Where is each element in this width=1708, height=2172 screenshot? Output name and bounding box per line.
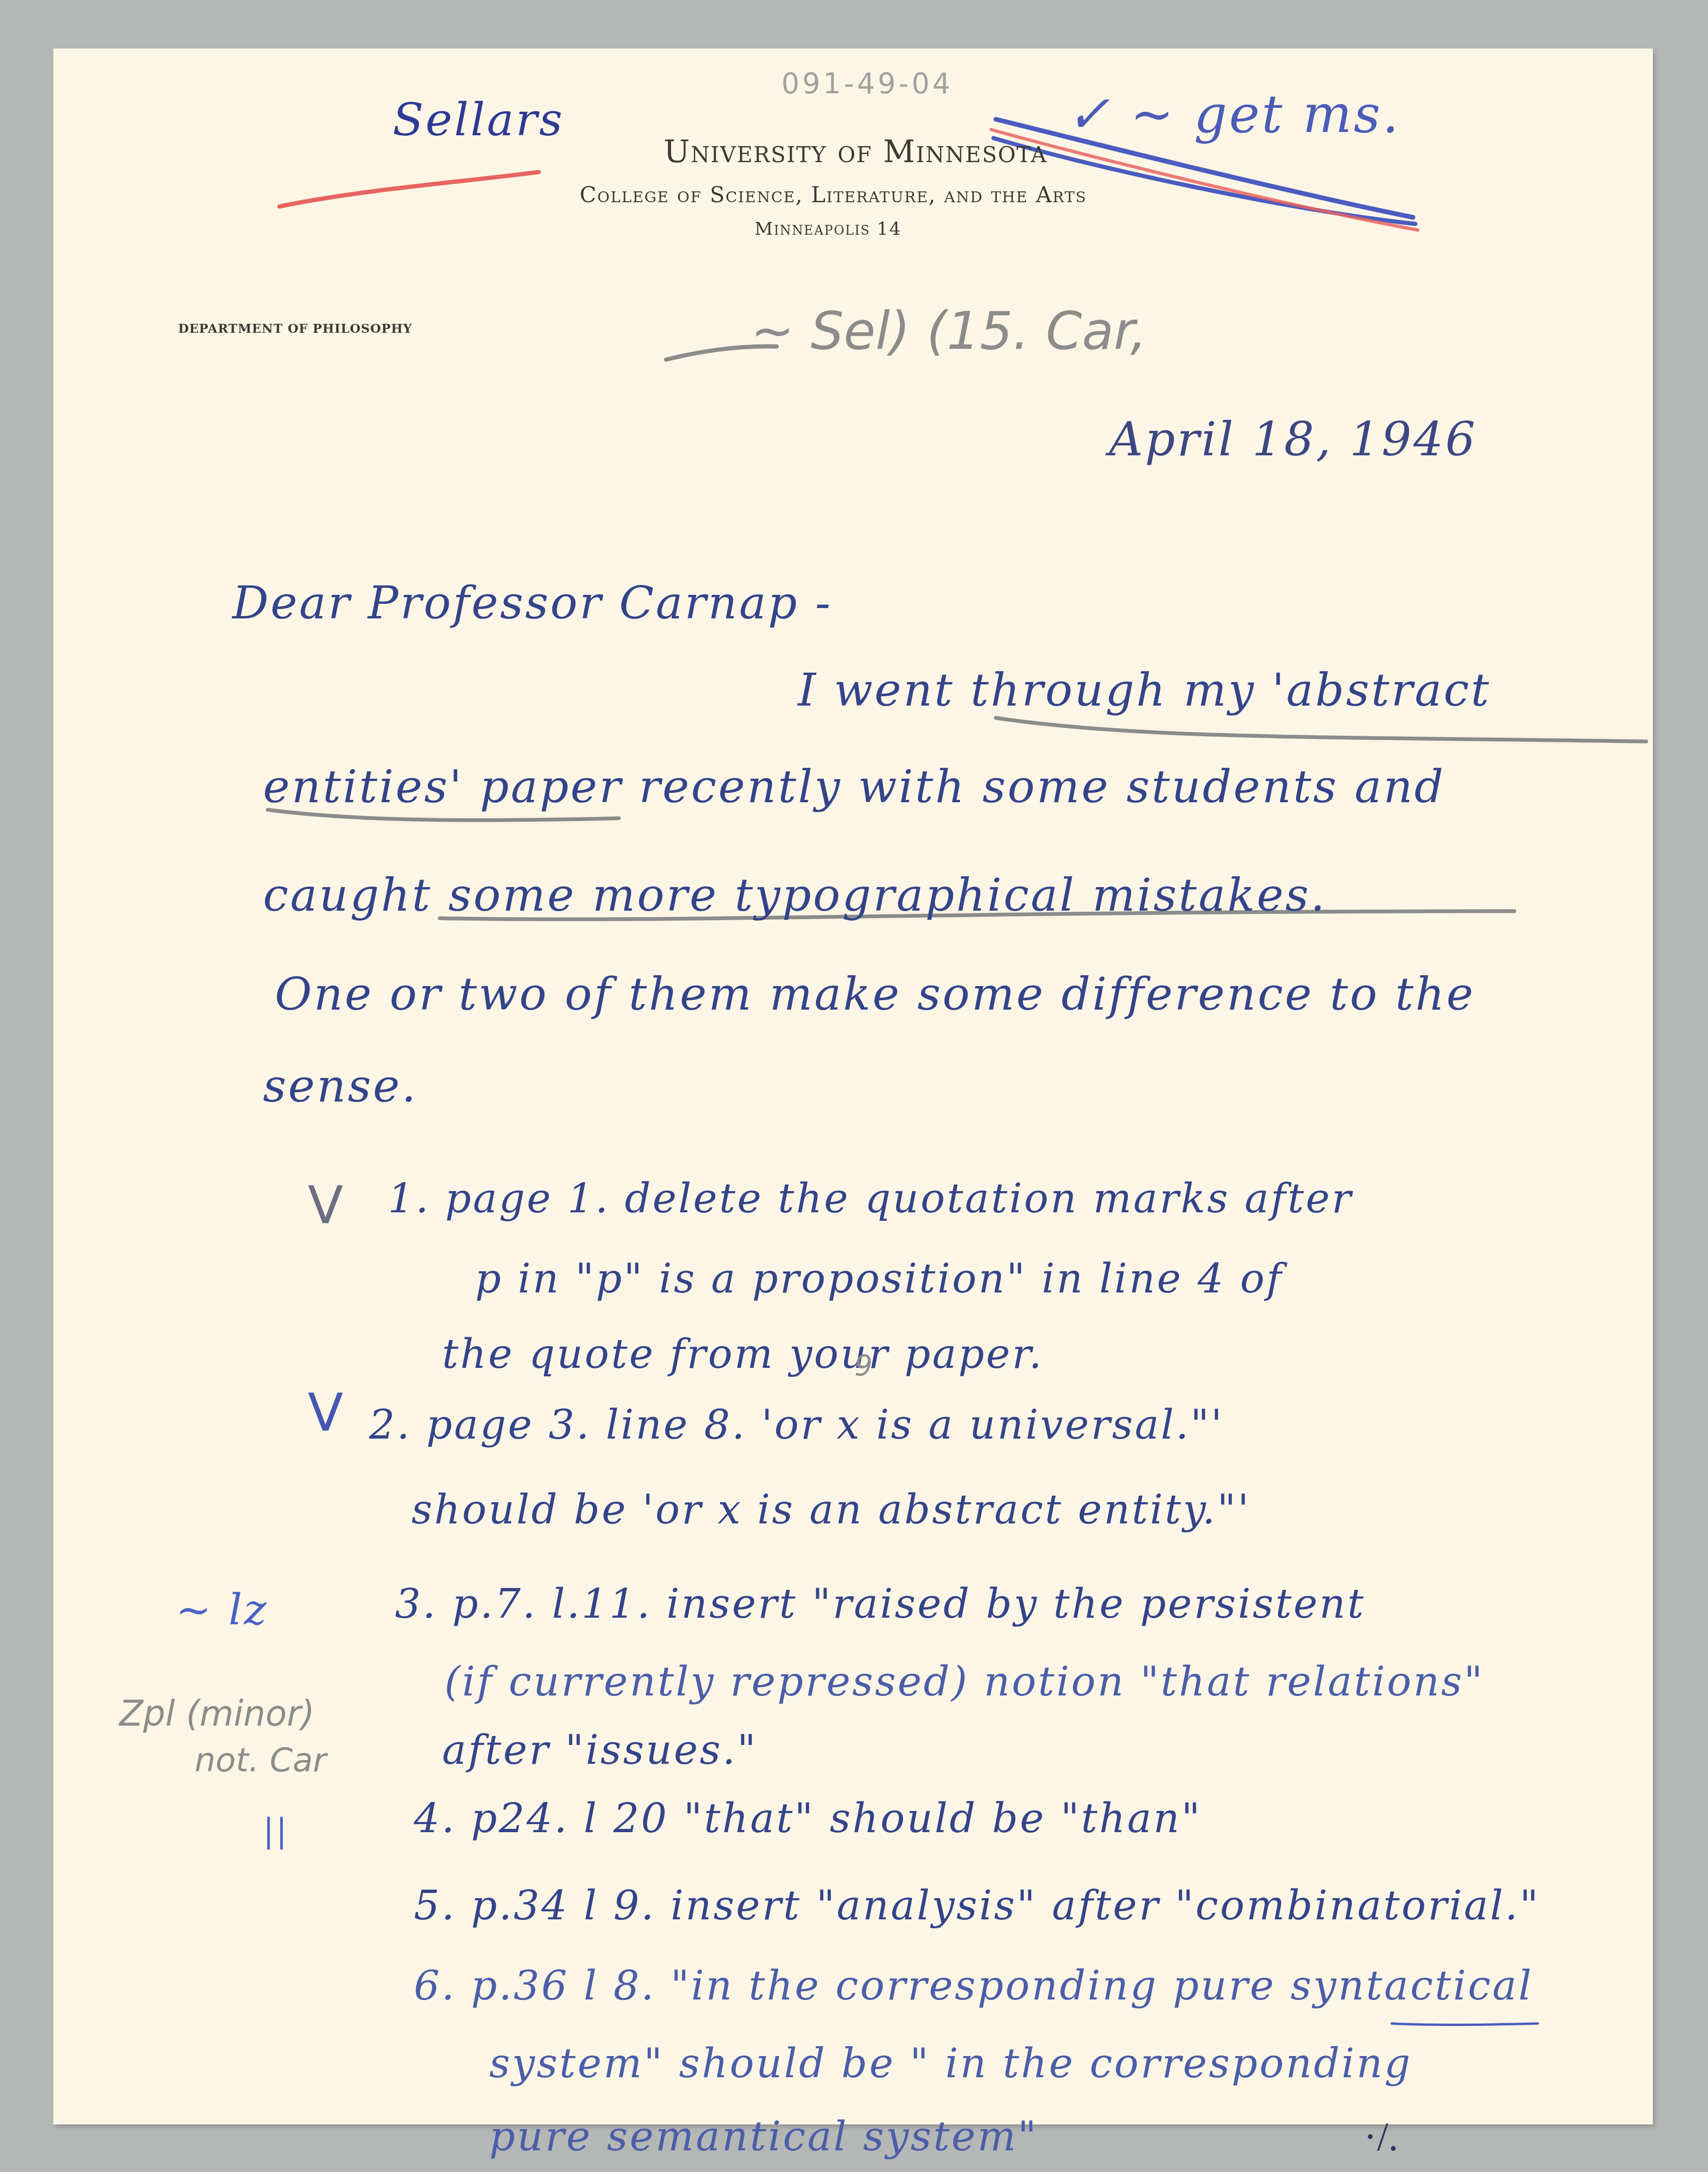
checkmark-icon: V xyxy=(308,1382,343,1443)
page-continue-mark: ·/. xyxy=(1363,2113,1398,2160)
letterhead-college: College of Science, Literature, and the … xyxy=(580,182,1087,207)
salutation: Dear Professor Carnap - xyxy=(232,576,832,629)
correction-line: 3. p.7. l.11. insert "raised by the pers… xyxy=(395,1580,1365,1628)
correction-line: 2. page 3. line 8. 'or x is a universal.… xyxy=(369,1401,1224,1448)
correction-line: system" should be " in the corresponding xyxy=(489,2040,1412,2087)
margin-mark: || xyxy=(263,1811,289,1850)
body-line: One or two of them make some difference … xyxy=(275,968,1475,1020)
correction-line: 1. page 1. delete the quotation marks af… xyxy=(388,1175,1353,1222)
letterhead-department: DEPARTMENT OF PHILOSOPHY xyxy=(178,322,412,336)
body-line: I went through my 'abstract xyxy=(798,664,1491,716)
checkmark-icon: V xyxy=(308,1175,343,1235)
correction-line: p in "p" is a proposition" in line 4 of xyxy=(475,1255,1283,1302)
correction-line: should be 'or x is an abstract entity."' xyxy=(411,1486,1251,1533)
body-line: entities' paper recently with some stude… xyxy=(263,760,1445,813)
recipient-name-note: Sellars xyxy=(393,93,564,146)
pencil-insert-9: 9 xyxy=(854,1349,872,1382)
body-line: sense. xyxy=(263,1060,418,1112)
pencil-reply-note: ~ Sel) (15. Car, xyxy=(751,301,1147,361)
correction-line: the quote from your paper. xyxy=(442,1331,1043,1378)
get-manuscript-note: ✓ ~ get ms. xyxy=(1067,84,1401,144)
correction-line: (if currently repressed) notion "that re… xyxy=(444,1658,1485,1705)
letter-date: April 18, 1946 xyxy=(1109,411,1477,467)
letter-page: 091-49-04 Sellars ✓ ~ get ms. University… xyxy=(53,49,1653,2124)
correction-line: 6. p.36 l 8. "in the corresponding pure … xyxy=(414,1962,1533,2009)
correction-line: 4. p24. l 20 "that" should be "than" xyxy=(414,1795,1202,1842)
letterhead-city: Minneapolis 14 xyxy=(755,218,902,239)
archive-number: 091-49-04 xyxy=(781,67,953,100)
margin-note-blue: ~ lz xyxy=(176,1585,268,1635)
body-line: caught some more typographical mistakes. xyxy=(263,869,1327,921)
correction-line: 5. p.34 l 9. insert "analysis" after "co… xyxy=(414,1882,1540,1929)
margin-note-pencil: not. Car xyxy=(195,1741,327,1779)
margin-note-pencil: Zpl (minor) xyxy=(119,1694,315,1734)
letterhead-university: University of Minnesota xyxy=(664,133,1047,170)
correction-line: pure semantical system" xyxy=(489,2113,1038,2160)
correction-line: after "issues." xyxy=(442,1727,758,1774)
